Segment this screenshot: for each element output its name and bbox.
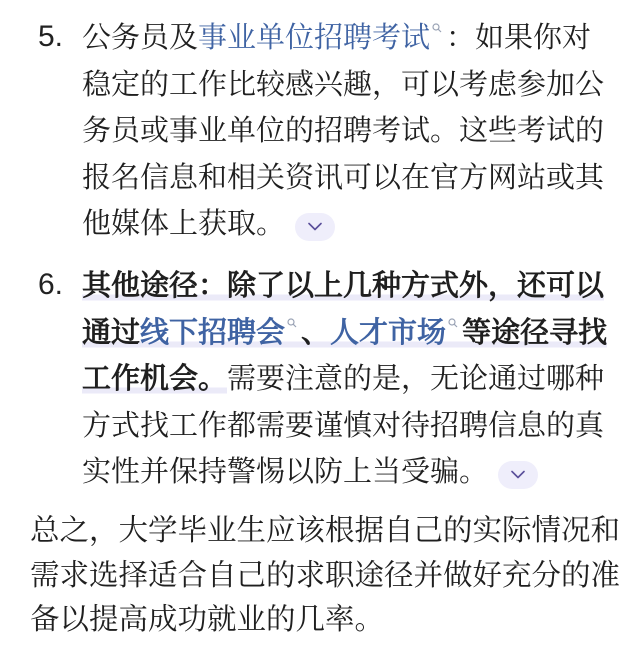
list-item-text: 公务员及事业单位招聘考试：如果你对稳定的工作比较感兴趣，可以考虑参加公务员或事业…	[82, 14, 612, 247]
list-item-text: 其他途径：除了以上几种方式外，还可以通过线下招聘会、人才市场等途径寻找工作机会。…	[82, 262, 612, 495]
text-segment: 、	[301, 315, 330, 349]
list-number: 6.	[38, 262, 63, 308]
search-link-offline-job-fair[interactable]: 线下招聘会	[140, 315, 285, 349]
search-link-talent-market[interactable]: 人才市场	[330, 315, 446, 349]
chevron-down-icon	[308, 222, 322, 231]
expand-button[interactable]	[498, 461, 538, 489]
chevron-down-icon	[511, 470, 525, 479]
search-link-public-institution-exam[interactable]: 事业单位招聘考试	[198, 20, 430, 54]
expand-button[interactable]	[295, 213, 335, 241]
search-icon[interactable]	[287, 318, 297, 328]
search-icon[interactable]	[448, 318, 458, 328]
summary-paragraph: 总之，大学毕业生应该根据自己的实际情况和需求选择适合自己的求职途径并做好充分的准…	[30, 508, 630, 642]
text-segment: 公务员及	[82, 20, 198, 54]
search-icon[interactable]	[432, 23, 442, 33]
list-number: 5.	[38, 14, 63, 60]
